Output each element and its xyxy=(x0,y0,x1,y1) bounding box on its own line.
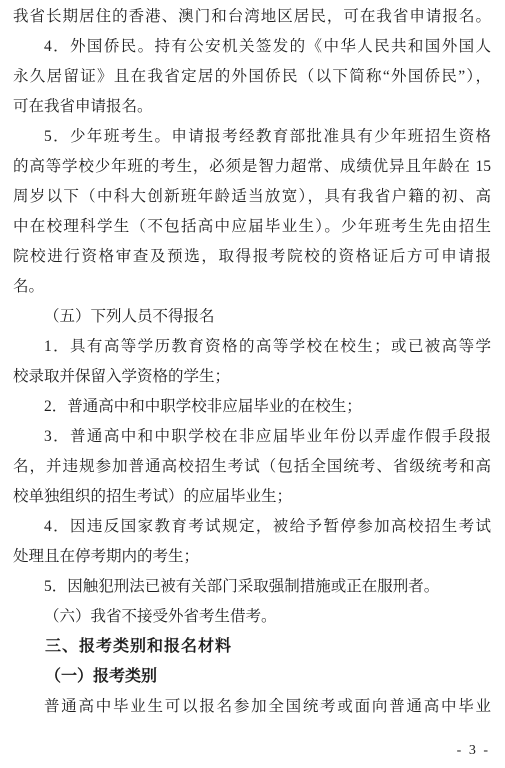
section-subheading: （六）我省不接受外省考生借考。 xyxy=(13,602,491,632)
section-heading: 三、报考类别和报名材料 xyxy=(13,632,491,662)
text-line: 2．普通高中和中职学校非应届毕业的在校生； xyxy=(13,392,491,422)
section-subheading: （一）报考类别 xyxy=(13,662,491,692)
text-line: 校单独组织的招生考试）的应届毕业生； xyxy=(13,482,491,512)
text-line: 4．因违反国家教育考试规定，被给予暂停参加高校招生考试 xyxy=(13,512,491,542)
text-line: 周岁以下（中科大创新班年龄适当放宽），具有我省户籍的初、高 xyxy=(13,182,491,212)
text-line: 可在我省申请报名。 xyxy=(13,92,491,122)
text-line: 永久居留证》且在我省定居的外国侨民（以下简称“外国侨民”）， xyxy=(13,62,491,92)
page-number: - 3 - xyxy=(457,743,490,759)
text-line: 我省长期居住的香港、澳门和台湾地区居民，可在我省申请报名。 xyxy=(13,2,491,32)
text-line: 3．普通高中和中职学校在非应届毕业年份以弄虚作假手段报 xyxy=(13,422,491,452)
section-subheading: （五）下列人员不得报名 xyxy=(13,302,491,332)
text-line: 处理且在停考期内的考生； xyxy=(13,542,491,572)
text-line: 名，并违规参加普通高校招生考试（包括全国统考、省级统考和高 xyxy=(13,452,491,482)
document-page: 我省长期居住的香港、澳门和台湾地区居民，可在我省申请报名。 4．外国侨民。持有公… xyxy=(13,2,491,722)
text-line: 5．因触犯刑法已被有关部门采取强制措施或正在服刑者。 xyxy=(13,572,491,602)
text-line: 校录取并保留入学资格的学生； xyxy=(13,362,491,392)
text-line: 5．少年班考生。申请报考经教育部批准具有少年班招生资格 xyxy=(13,122,491,152)
text-line: 1．具有高等学历教育资格的高等学校在校生；或已被高等学 xyxy=(13,332,491,362)
text-line: 的高等学校少年班的考生，必须是智力超常、成绩优异且年龄在 15 xyxy=(13,152,491,182)
text-line: 4．外国侨民。持有公安机关签发的《中华人民共和国外国人 xyxy=(13,32,491,62)
text-line: 名。 xyxy=(13,272,491,302)
text-line: 院校进行资格审查及预选，取得报考院校的资格证后方可申请报 xyxy=(13,242,491,272)
text-line: 普通高中毕业生可以报名参加全国统考或面向普通高中毕业 xyxy=(13,692,491,722)
text-line: 中在校理科学生（不包括高中应届毕业生）。少年班考生先由招生 xyxy=(13,212,491,242)
